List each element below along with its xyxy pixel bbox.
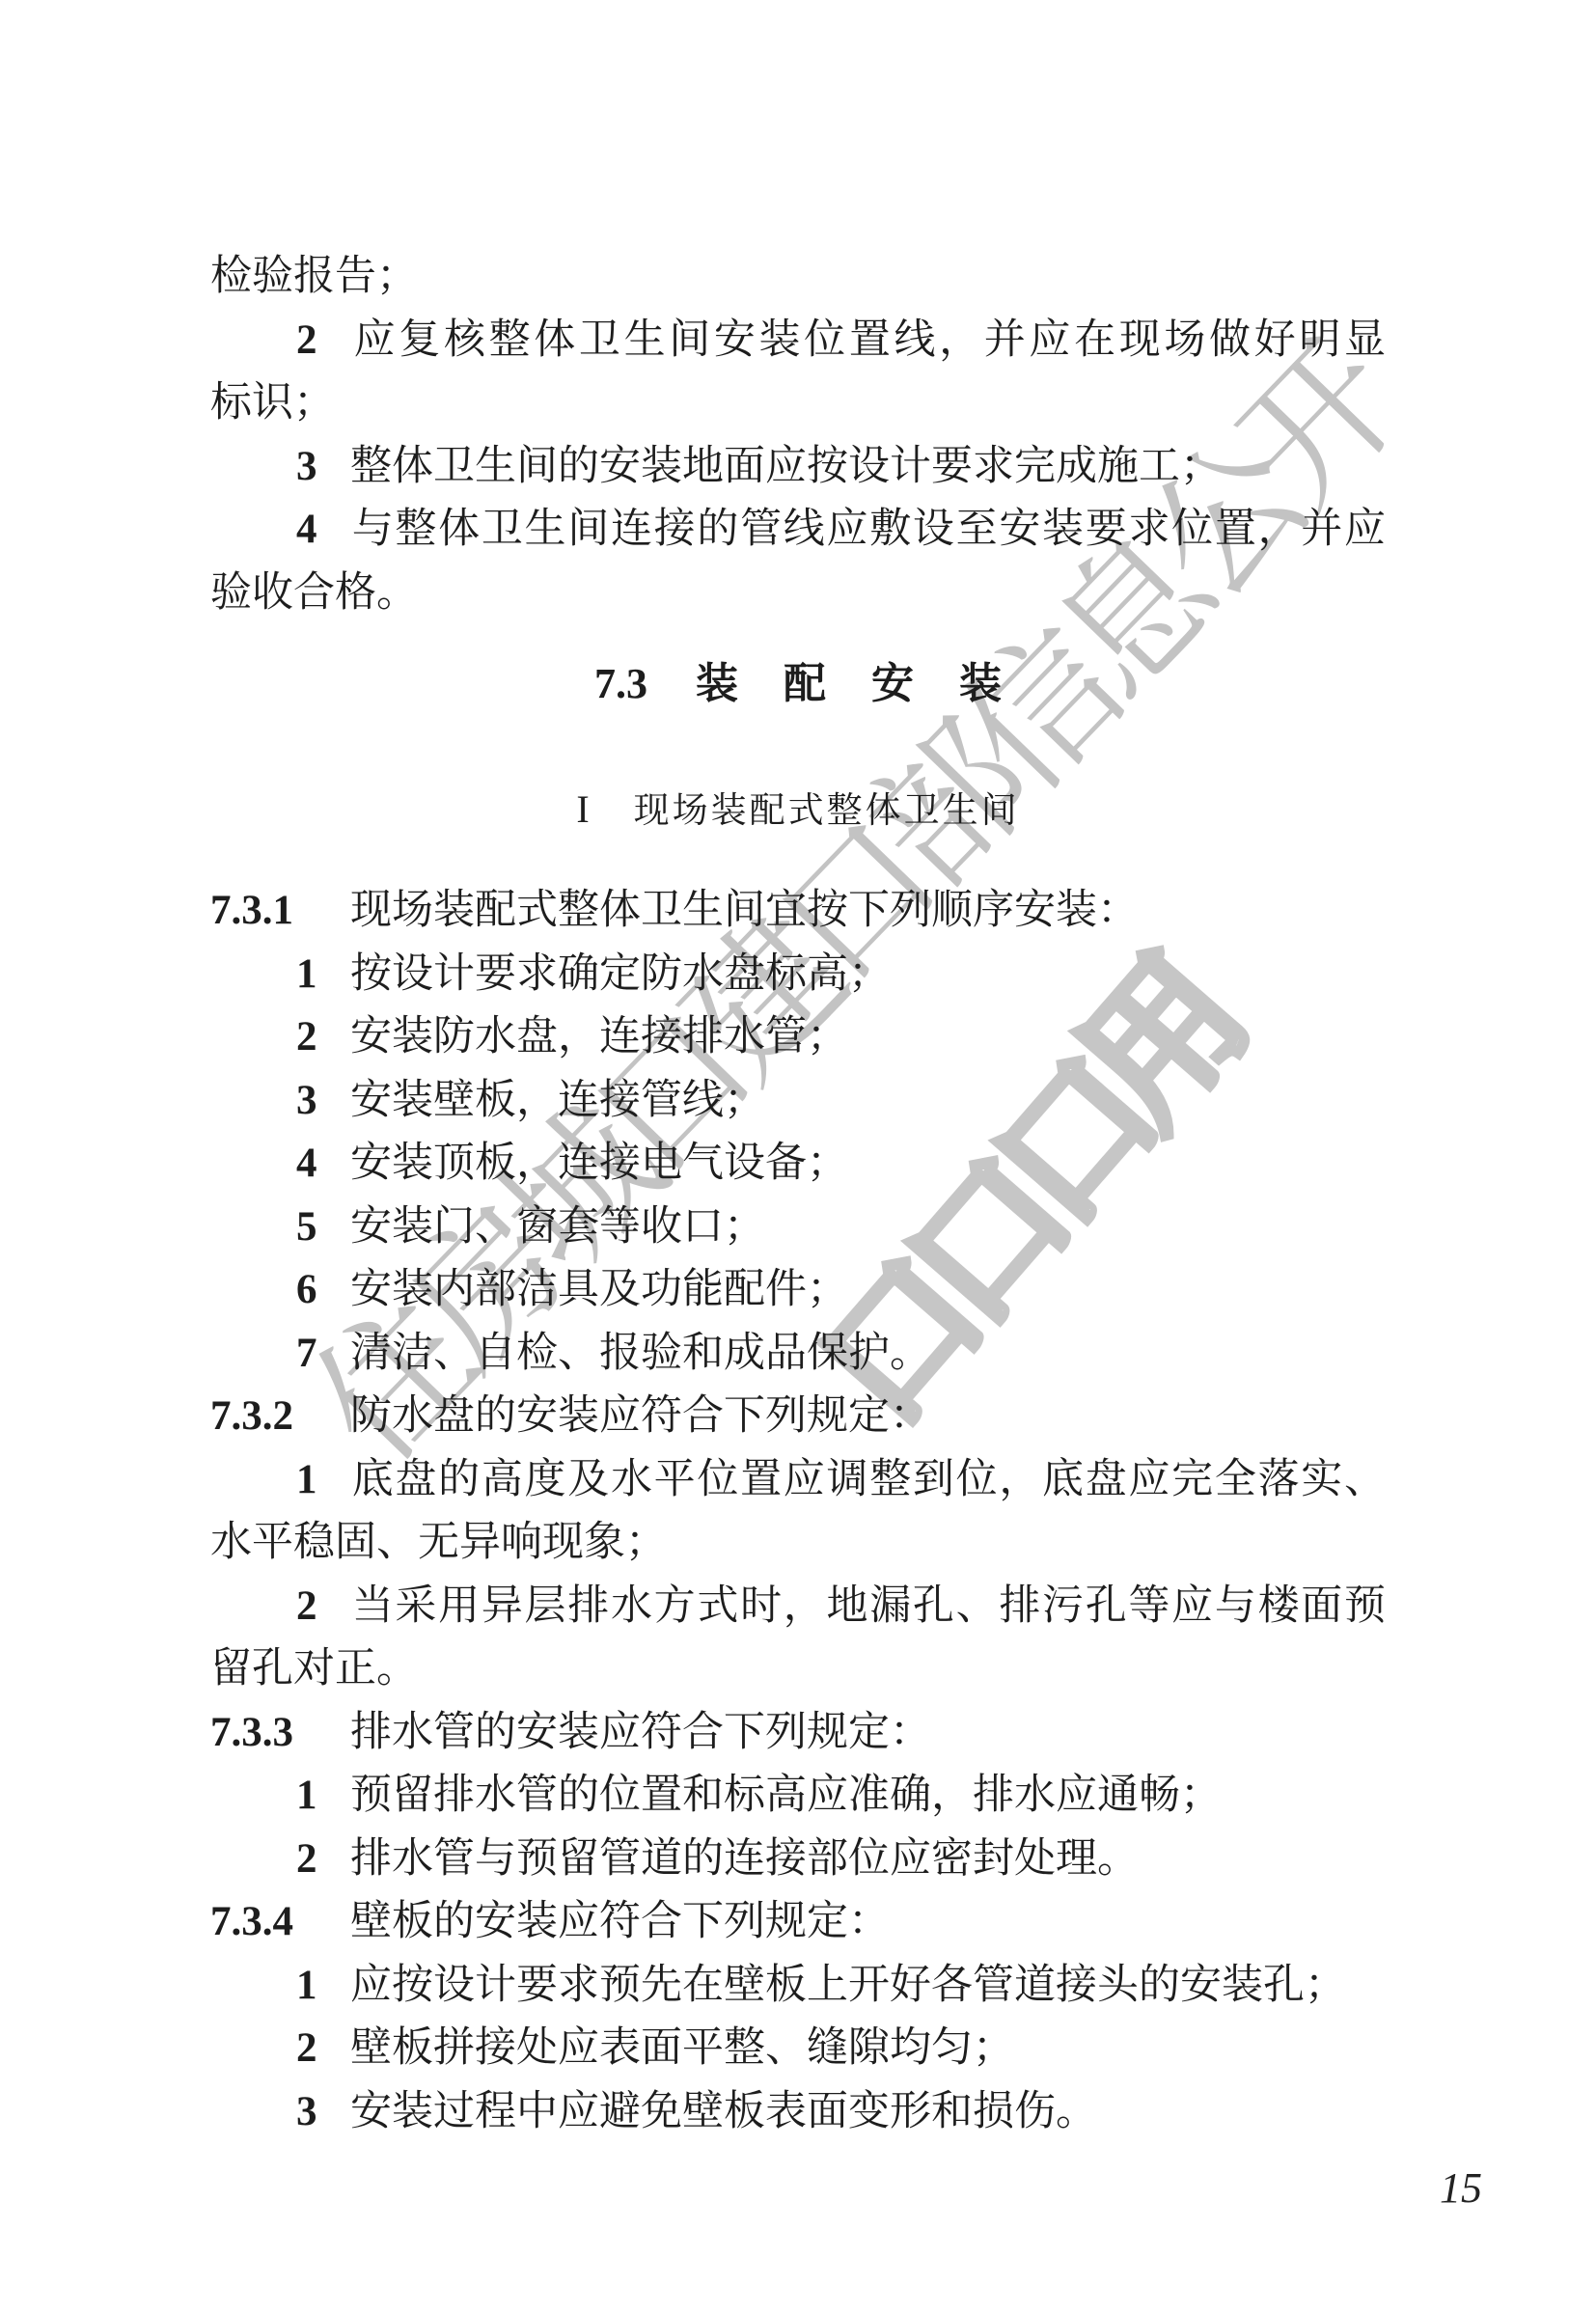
line-text: 按设计要求确定防水盘标高； bbox=[350, 951, 890, 997]
line-text: 水平稳固、无异响现象； bbox=[210, 1520, 667, 1565]
clause-number: 7.3.3 bbox=[210, 1701, 350, 1765]
text-line: 水平稳固、无异响现象； bbox=[210, 1511, 1386, 1575]
text-line: 2排水管与预留管道的连接部位应密封处理。 bbox=[210, 1828, 1386, 1891]
line-text: 装 配 安 装 bbox=[696, 660, 1013, 707]
text-line: 3安装壁板，连接管线； bbox=[210, 1069, 1386, 1133]
clause-number: 7.3.1 bbox=[210, 879, 350, 943]
text-line: 1应按设计要求预先在壁板上开好各管道接头的安装孔； bbox=[210, 1954, 1386, 2018]
item-number: 4 bbox=[296, 498, 350, 562]
text-line: 检验报告； bbox=[210, 245, 1386, 309]
line-text: 安装防水盘，连接排水管； bbox=[350, 1014, 848, 1059]
clause-line: 7.3.1现场装配式整体卫生间宜按下列顺序安装： bbox=[210, 879, 1386, 943]
line-text: 整体卫生间的安装地面应按设计要求完成施工； bbox=[350, 444, 1222, 489]
item-number: 7 bbox=[296, 1322, 350, 1386]
text-line: 3安装过程中应避免壁板表面变形和损伤。 bbox=[210, 2080, 1386, 2144]
heading-number: I bbox=[576, 787, 589, 831]
line-text: 安装门、窗套等收口； bbox=[350, 1204, 765, 1250]
line-text: 排水管与预留管道的连接部位应密封处理。 bbox=[350, 1836, 1139, 1882]
line-text: 与整体卫生间连接的管线应敷设至安装要求位置，并应 bbox=[350, 507, 1386, 552]
line-text: 留孔对正。 bbox=[210, 1646, 418, 1692]
item-number: 1 bbox=[296, 1448, 350, 1512]
section-heading: 7.3装 配 安 装 bbox=[210, 652, 1386, 716]
item-number: 2 bbox=[296, 309, 350, 372]
text-line: 1底盘的高度及水平位置应调整到位，底盘应完全落实、 bbox=[210, 1448, 1386, 1512]
clause-line: 7.3.2防水盘的安装应符合下列规定： bbox=[210, 1385, 1386, 1448]
item-number: 3 bbox=[296, 435, 350, 499]
line-text: 安装过程中应避免壁板表面变形和损伤。 bbox=[350, 2089, 1097, 2134]
line-text: 验收合格。 bbox=[210, 570, 418, 616]
text-line: 7清洁、自检、报验和成品保护。 bbox=[210, 1322, 1386, 1386]
item-number: 1 bbox=[296, 1764, 350, 1828]
text-line: 6安装内部洁具及功能配件； bbox=[210, 1258, 1386, 1322]
group-heading: I现场装配式整体卫生间 bbox=[210, 778, 1386, 843]
clause-line: 7.3.3排水管的安装应符合下列规定： bbox=[210, 1701, 1386, 1765]
text-line: 1按设计要求确定防水盘标高； bbox=[210, 943, 1386, 1006]
text-line: 2当采用异层排水方式时，地漏孔、排污孔等应与楼面预 bbox=[210, 1575, 1386, 1638]
clause-number: 7.3.2 bbox=[210, 1385, 350, 1448]
item-number: 2 bbox=[296, 1005, 350, 1069]
line-text: 安装内部洁具及功能配件； bbox=[350, 1267, 848, 1312]
text-line: 2壁板拼接处应表面平整、缝隙均匀； bbox=[210, 2017, 1386, 2080]
text-line: 1预留排水管的位置和标高应准确，排水应通畅； bbox=[210, 1764, 1386, 1828]
page-number: 15 bbox=[1440, 2163, 1482, 2213]
line-text: 标识； bbox=[210, 380, 335, 426]
body-text: 检验报告；2应复核整体卫生间安装位置线，并应在现场做好明显标识；3整体卫生间的安… bbox=[210, 245, 1386, 2143]
item-number: 5 bbox=[296, 1196, 350, 1259]
clause-line: 7.3.4壁板的安装应符合下列规定： bbox=[210, 1890, 1386, 1954]
page: 住房城口建口部信息公开 口口口用 检验报告；2应复核整体卫生间安装位置线，并应在… bbox=[0, 0, 1596, 2311]
item-number: 2 bbox=[296, 1828, 350, 1891]
line-text: 底盘的高度及水平位置应调整到位，底盘应完全落实、 bbox=[350, 1457, 1386, 1502]
line-text: 现场装配式整体卫生间 bbox=[634, 791, 1020, 831]
line-text: 排水管的安装应符合下列规定： bbox=[350, 1710, 931, 1755]
item-number: 1 bbox=[296, 1954, 350, 2018]
item-number: 2 bbox=[296, 2017, 350, 2080]
item-number: 2 bbox=[296, 1575, 350, 1638]
text-line: 标识； bbox=[210, 371, 1386, 435]
line-text: 安装壁板，连接管线； bbox=[350, 1078, 765, 1123]
text-line: 验收合格。 bbox=[210, 562, 1386, 625]
line-text: 防水盘的安装应符合下列规定： bbox=[350, 1393, 931, 1439]
text-line: 2安装防水盘，连接排水管； bbox=[210, 1005, 1386, 1069]
item-number: 3 bbox=[296, 1069, 350, 1133]
item-number: 4 bbox=[296, 1132, 350, 1196]
heading-number: 7.3 bbox=[594, 660, 647, 707]
text-line: 5安装门、窗套等收口； bbox=[210, 1196, 1386, 1259]
line-text: 安装顶板，连接电气设备； bbox=[350, 1141, 848, 1186]
line-text: 当采用异层排水方式时，地漏孔、排污孔等应与楼面预 bbox=[350, 1583, 1386, 1629]
text-line: 3整体卫生间的安装地面应按设计要求完成施工； bbox=[210, 435, 1386, 499]
item-number: 1 bbox=[296, 943, 350, 1006]
line-text: 应复核整体卫生间安装位置线，并应在现场做好明显 bbox=[350, 317, 1386, 363]
line-text: 壁板拼接处应表面平整、缝隙均匀； bbox=[350, 2025, 1014, 2071]
line-text: 清洁、自检、报验和成品保护。 bbox=[350, 1331, 931, 1376]
line-text: 应按设计要求预先在壁板上开好各管道接头的安装孔； bbox=[350, 1963, 1346, 2008]
line-text: 检验报告； bbox=[210, 254, 418, 299]
item-number: 6 bbox=[296, 1258, 350, 1322]
line-text: 壁板的安装应符合下列规定： bbox=[350, 1899, 890, 1944]
text-line: 留孔对正。 bbox=[210, 1637, 1386, 1701]
line-text: 现场装配式整体卫生间宜按下列顺序安装： bbox=[350, 888, 1139, 933]
item-number: 3 bbox=[296, 2080, 350, 2144]
line-text: 预留排水管的位置和标高应准确，排水应通畅； bbox=[350, 1773, 1222, 1818]
clause-number: 7.3.4 bbox=[210, 1890, 350, 1954]
text-line: 4安装顶板，连接电气设备； bbox=[210, 1132, 1386, 1196]
text-line: 2应复核整体卫生间安装位置线，并应在现场做好明显 bbox=[210, 309, 1386, 372]
text-line: 4与整体卫生间连接的管线应敷设至安装要求位置，并应 bbox=[210, 498, 1386, 562]
